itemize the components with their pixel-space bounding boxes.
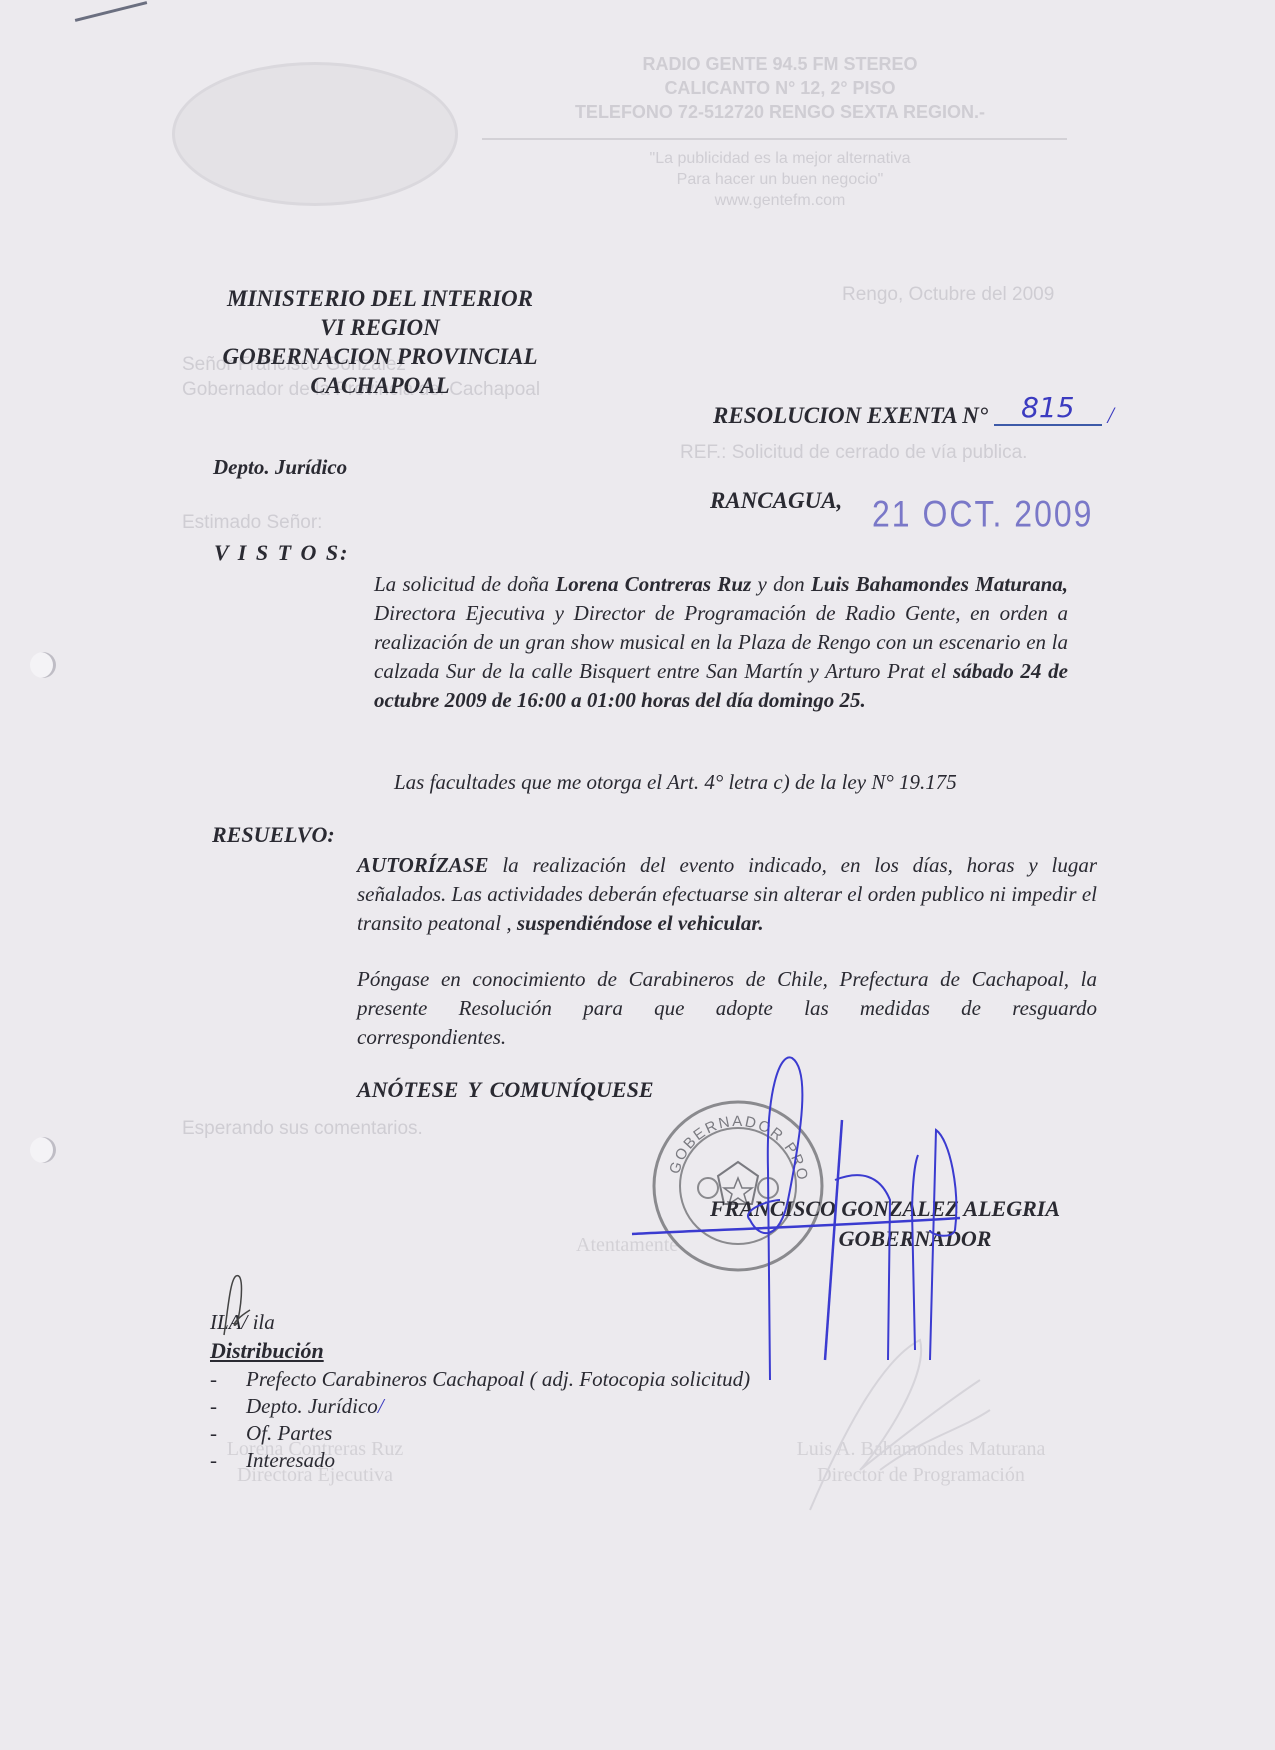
- resuelvo-paragraph-1: AUTORÍZASE la realización del evento ind…: [357, 851, 1097, 938]
- city-label: RANCAGUA,: [710, 488, 842, 514]
- bleed-slogan: "La publicidad es la mejor alternativa P…: [520, 148, 1040, 211]
- slash-mark: /: [1108, 403, 1114, 428]
- authorization-lead: AUTORÍZASE: [357, 853, 489, 877]
- issuer-header: MINISTERIO DEL INTERIOR VI REGION GOBERN…: [200, 284, 560, 400]
- distribution-item: -Depto. Jurídico/: [210, 1393, 750, 1420]
- closing-formula: ANÓTESE Y COMUNÍQUESE: [357, 1077, 654, 1103]
- bleed-letterhead: RADIO GENTE 94.5 FM STEREO CALICANTO N° …: [480, 52, 1080, 124]
- distribution-list: -Prefecto Carabineros Cachapoal ( adj. F…: [210, 1366, 750, 1474]
- date-stamp: 21 OCT. 2009: [872, 493, 1093, 536]
- governorship-name: GOBERNACION PROVINCIAL: [200, 342, 560, 371]
- punch-hole-icon: [30, 652, 56, 678]
- bleed-slogan-line2: Para hacer un buen negocio": [520, 169, 1040, 190]
- initials-flourish-icon: [214, 1270, 264, 1340]
- resolution-number: 815: [994, 391, 1102, 426]
- vistos-paragraph-2: Las facultades que me otorga el Art. 4° …: [394, 768, 1094, 797]
- bleed-letterhead-line1: RADIO GENTE 94.5 FM STEREO: [480, 52, 1080, 76]
- region-name: VI REGION: [200, 313, 560, 342]
- punch-hole-icon: [30, 1137, 56, 1163]
- applicant-name-1: Lorena Contreras Ruz: [555, 572, 751, 596]
- department-label: Depto. Jurídico: [213, 455, 347, 480]
- distribution-item: -Prefecto Carabineros Cachapoal ( adj. F…: [210, 1366, 750, 1393]
- distribution-item: -Interesado: [210, 1447, 750, 1474]
- distribution-item: -Of. Partes: [210, 1420, 750, 1447]
- bleed-salutation: Estimado Señor:: [182, 512, 322, 534]
- bleed-closing: Esperando sus comentarios.: [182, 1118, 423, 1140]
- vehicular-suspension: suspendiéndose el vehicular.: [517, 911, 764, 935]
- check-mark: /: [378, 1394, 384, 1418]
- resolution-number-line: RESOLUCION EXENTA N° 815 /: [713, 397, 1114, 432]
- bleed-slogan-line1: "La publicidad es la mejor alternativa: [520, 148, 1040, 169]
- vistos-paragraph-1: La solicitud de doña Lorena Contreras Ru…: [374, 570, 1068, 715]
- handwritten-signature-icon: [630, 1050, 1030, 1380]
- province-name: CACHAPOAL: [200, 371, 560, 400]
- resuelvo-heading: RESUELVO:: [212, 822, 335, 848]
- bleed-ref: REF.: Solicitud de cerrado de vía public…: [680, 442, 1027, 464]
- bleed-rule: [482, 138, 1067, 140]
- bleed-logo: [172, 62, 458, 206]
- bleed-slogan-line3: www.gentefm.com: [520, 190, 1040, 211]
- resolution-label: RESOLUCION EXENTA N°: [713, 403, 988, 428]
- applicant-name-2: Luis Bahamondes Maturana,: [811, 572, 1068, 596]
- ministry-name: MINISTERIO DEL INTERIOR: [200, 284, 560, 313]
- distribution-heading: Distribución: [210, 1338, 324, 1364]
- bleed-date: Rengo, Octubre del 2009: [842, 284, 1054, 306]
- vistos-heading: V I S T O S:: [214, 540, 349, 566]
- resuelvo-paragraph-2: Póngase en conocimiento de Carabineros d…: [357, 965, 1097, 1052]
- bleed-letterhead-line3: TELEFONO 72-512720 RENGO SEXTA REGION.-: [480, 100, 1080, 124]
- bleed-letterhead-line2: CALICANTO N° 12, 2° PISO: [480, 76, 1080, 100]
